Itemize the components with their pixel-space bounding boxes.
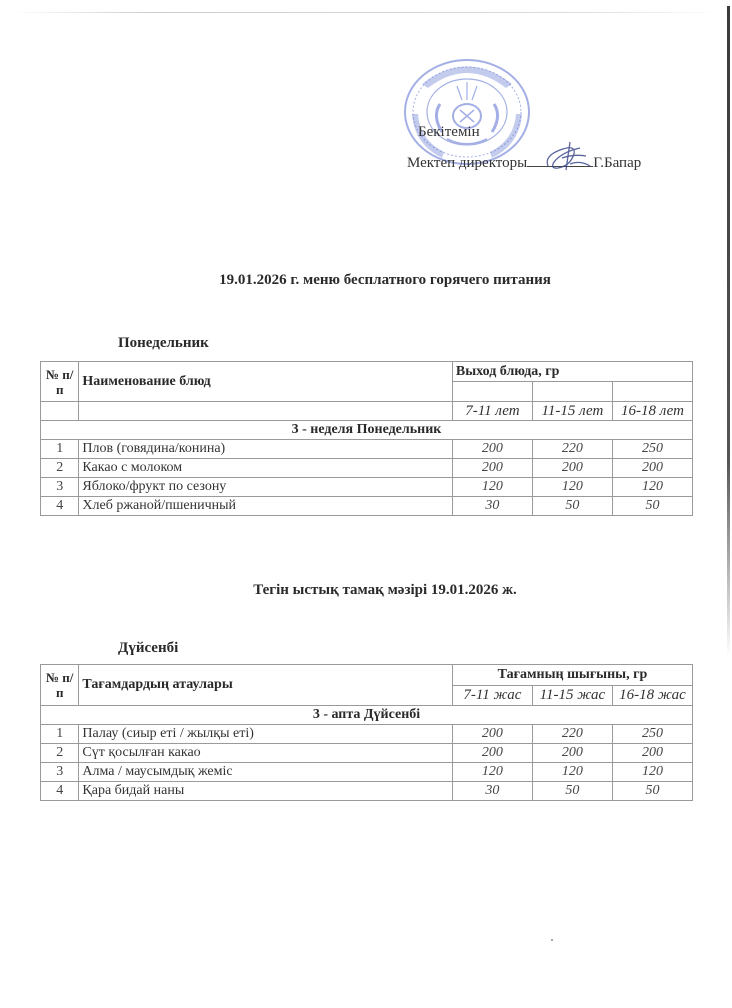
yield-value: 50 <box>612 497 692 516</box>
director-line: Мектеп директорыГ.Бапар <box>407 152 641 172</box>
table-row: 4 Қара бидай наны 30 50 50 <box>41 782 693 801</box>
ru-menu-table: № п/п Наименование блюд Выход блюда, гр … <box>40 361 693 516</box>
dish-name: Палау (сиыр еті / жылқы еті) <box>79 725 452 744</box>
age-header-11-15: 11-15 лет <box>532 402 612 421</box>
age-header-11-15: 11-15 жас <box>532 686 612 706</box>
week-row: 3 - апта Дүйсенбі <box>41 706 693 725</box>
col-number-header: № п/п <box>41 665 79 706</box>
scan-top-line <box>10 12 725 13</box>
row-number: 2 <box>41 459 79 478</box>
kz-menu-title: Тегін ыстық тамақ мәзірі 19.01.2026 ж. <box>0 582 732 599</box>
row-number: 2 <box>41 744 79 763</box>
yield-value: 50 <box>532 782 612 801</box>
dish-name: Хлеб ржаной/пшеничный <box>79 497 452 516</box>
yield-value: 120 <box>532 763 612 782</box>
age-header-16-18: 16-18 жас <box>612 686 692 706</box>
table-row: 2 Сүт қосылған какао 200 200 200 <box>41 744 693 763</box>
week-row: 3 - неделя Понедельник <box>41 421 693 440</box>
director-name: Г.Бапар <box>593 155 641 171</box>
yield-value: 200 <box>612 744 692 763</box>
col-name-header: Наименование блюд <box>79 362 452 402</box>
yield-value: 120 <box>452 763 532 782</box>
yield-value: 250 <box>612 440 692 459</box>
empty-cell <box>612 382 692 402</box>
dish-name: Алма / маусымдық жеміс <box>79 763 452 782</box>
yield-value: 200 <box>452 744 532 763</box>
ru-day-label: Понедельник <box>118 335 209 352</box>
age-header-16-18: 16-18 лет <box>612 402 692 421</box>
row-number: 1 <box>41 725 79 744</box>
table-row: 1 Плов (говядина/конина) 200 220 250 <box>41 440 693 459</box>
yield-value: 200 <box>532 459 612 478</box>
yield-value: 200 <box>612 459 692 478</box>
table-row: 4 Хлеб ржаной/пшеничный 30 50 50 <box>41 497 693 516</box>
col-name-header: Тағамдардың атаулары <box>79 665 452 706</box>
yield-value: 120 <box>612 763 692 782</box>
yield-value: 30 <box>452 497 532 516</box>
official-stamp-icon <box>402 54 532 166</box>
yield-value: 200 <box>532 744 612 763</box>
age-header-7-11: 7-11 жас <box>452 686 532 706</box>
dish-name: Плов (говядина/конина) <box>79 440 452 459</box>
dish-name: Яблоко/фрукт по сезону <box>79 478 452 497</box>
scan-speck <box>551 939 553 941</box>
table-row: 2 Какао с молоком 200 200 200 <box>41 459 693 478</box>
yield-value: 220 <box>532 440 612 459</box>
col-number-header: № п/п <box>41 362 79 402</box>
table-row: 3 Яблоко/фрукт по сезону 120 120 120 <box>41 478 693 497</box>
yield-value: 50 <box>532 497 612 516</box>
empty-cell <box>79 402 452 421</box>
row-number: 1 <box>41 440 79 459</box>
dish-name: Какао с молоком <box>79 459 452 478</box>
age-header-7-11: 7-11 лет <box>452 402 532 421</box>
col-yield-header: Выход блюда, гр <box>452 362 692 382</box>
yield-value: 120 <box>452 478 532 497</box>
yield-value: 220 <box>532 725 612 744</box>
row-number: 3 <box>41 763 79 782</box>
yield-value: 120 <box>612 478 692 497</box>
yield-value: 200 <box>452 725 532 744</box>
dish-name: Сүт қосылған какао <box>79 744 452 763</box>
director-title: Мектеп директоры <box>407 155 527 171</box>
row-number: 4 <box>41 782 79 801</box>
yield-value: 200 <box>452 459 532 478</box>
row-number: 3 <box>41 478 79 497</box>
row-number: 4 <box>41 497 79 516</box>
empty-cell <box>452 382 532 402</box>
empty-cell <box>532 382 612 402</box>
dish-name: Қара бидай наны <box>79 782 452 801</box>
signature-icon <box>540 136 600 174</box>
table-row: 3 Алма / маусымдық жеміс 120 120 120 <box>41 763 693 782</box>
kz-day-label: Дүйсенбі <box>118 640 178 657</box>
yield-value: 50 <box>612 782 692 801</box>
empty-cell <box>41 402 79 421</box>
ru-menu-title: 19.01.2026 г. меню бесплатного горячего … <box>0 272 732 289</box>
col-yield-header: Тағамның шығыны, гр <box>452 665 692 686</box>
yield-value: 30 <box>452 782 532 801</box>
kz-menu-table: № п/п Тағамдардың атаулары Тағамның шығы… <box>40 664 693 801</box>
yield-value: 200 <box>452 440 532 459</box>
yield-value: 250 <box>612 725 692 744</box>
yield-value: 120 <box>532 478 612 497</box>
scan-edge-shadow <box>727 6 730 656</box>
approved-label: Бекітемін <box>418 124 480 141</box>
table-row: 1 Палау (сиыр еті / жылқы еті) 200 220 2… <box>41 725 693 744</box>
